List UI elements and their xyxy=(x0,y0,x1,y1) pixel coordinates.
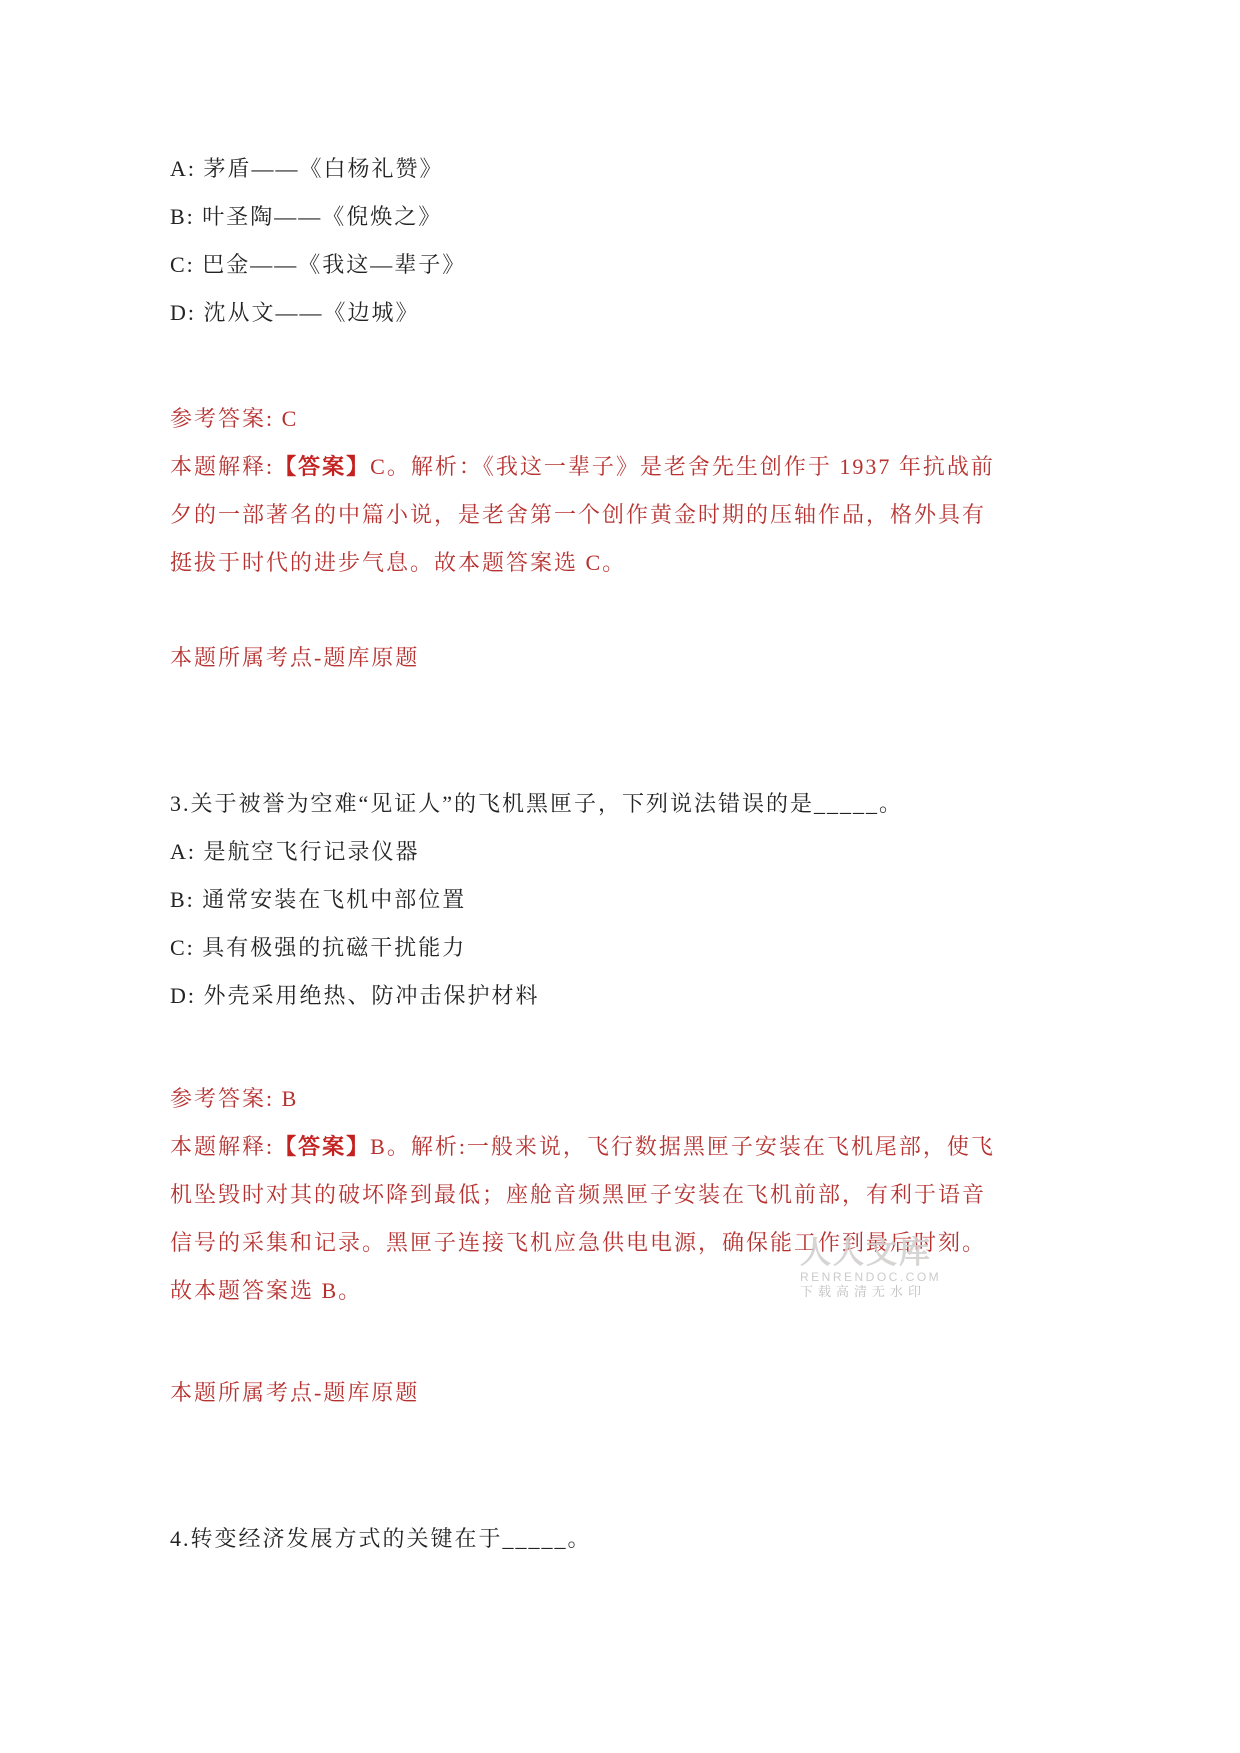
q2-reference-answer: 参考答案: C xyxy=(170,395,1170,443)
q2-explanation-line3: 挺拔于时代的进步气息。故本题答案选 C。 xyxy=(170,539,1170,587)
q2-option-b: B: 叶圣陶——《倪焕之》 xyxy=(170,193,1170,241)
q2-option-c: C: 巴金——《我这—辈子》 xyxy=(170,241,1170,289)
q4-question: 4.转变经济发展方式的关键在于_____。 xyxy=(170,1515,1170,1563)
q2-explanation-line1: 本题解释:【答案】C。解析：《我这一辈子》是老舍先生创作于 1937 年抗战前 xyxy=(170,443,1170,491)
q3-option-d: D: 外壳采用绝热、防冲击保护材料 xyxy=(170,972,1170,1020)
q2-option-a: A: 茅盾——《白杨礼赞》 xyxy=(170,145,1170,193)
q3-explanation-line1-rest: B。解析:一般来说，飞行数据黑匣子安装在飞机尾部，使飞 xyxy=(370,1134,995,1159)
q3-option-c: C: 具有极强的抗磁干扰能力 xyxy=(170,924,1170,972)
q2-explanation-prefix: 本题解释: xyxy=(170,454,274,479)
q3-reference-answer: 参考答案: B xyxy=(170,1075,1170,1123)
q3-explanation-line2: 机坠毁时对其的破坏降到最低；座舱音频黑匣子安装在飞机前部，有利于语音 xyxy=(170,1171,1170,1219)
q2-option-d: D: 沈从文——《边城》 xyxy=(170,289,1170,337)
q3-explanation-prefix: 本题解释: xyxy=(170,1134,274,1159)
document-page: A: 茅盾——《白杨礼赞》 B: 叶圣陶——《倪焕之》 C: 巴金——《我这—辈… xyxy=(0,0,1240,1753)
q3-explanation-line1: 本题解释:【答案】B。解析:一般来说，飞行数据黑匣子安装在飞机尾部，使飞 xyxy=(170,1123,1170,1171)
q2-explanation-line2: 夕的一部著名的中篇小说，是老舍第一个创作黄金时期的压轴作品，格外具有 xyxy=(170,491,1170,539)
q3-explanation-line3: 信号的采集和记录。黑匣子连接飞机应急供电电源，确保能工作到最后时刻。 xyxy=(170,1219,1170,1267)
q3-option-a: A: 是航空飞行记录仪器 xyxy=(170,828,1170,876)
q2-answer-tag: 【答案】 xyxy=(274,454,370,479)
q2-explanation-line1-rest: C。解析：《我这一辈子》是老舍先生创作于 1937 年抗战前 xyxy=(370,454,995,479)
q3-topic-source: 本题所属考点-题库原题 xyxy=(170,1369,1170,1417)
document-content: A: 茅盾——《白杨礼赞》 B: 叶圣陶——《倪焕之》 C: 巴金——《我这—辈… xyxy=(170,0,1170,1563)
q3-answer-tag: 【答案】 xyxy=(274,1134,370,1159)
q3-option-b: B: 通常安装在飞机中部位置 xyxy=(170,876,1170,924)
q2-topic-source: 本题所属考点-题库原题 xyxy=(170,634,1170,682)
q3-question: 3.关于被誉为空难“见证人”的飞机黑匣子，下列说法错误的是_____。 xyxy=(170,780,1170,828)
q3-explanation-line4: 故本题答案选 B。 xyxy=(170,1267,1170,1315)
